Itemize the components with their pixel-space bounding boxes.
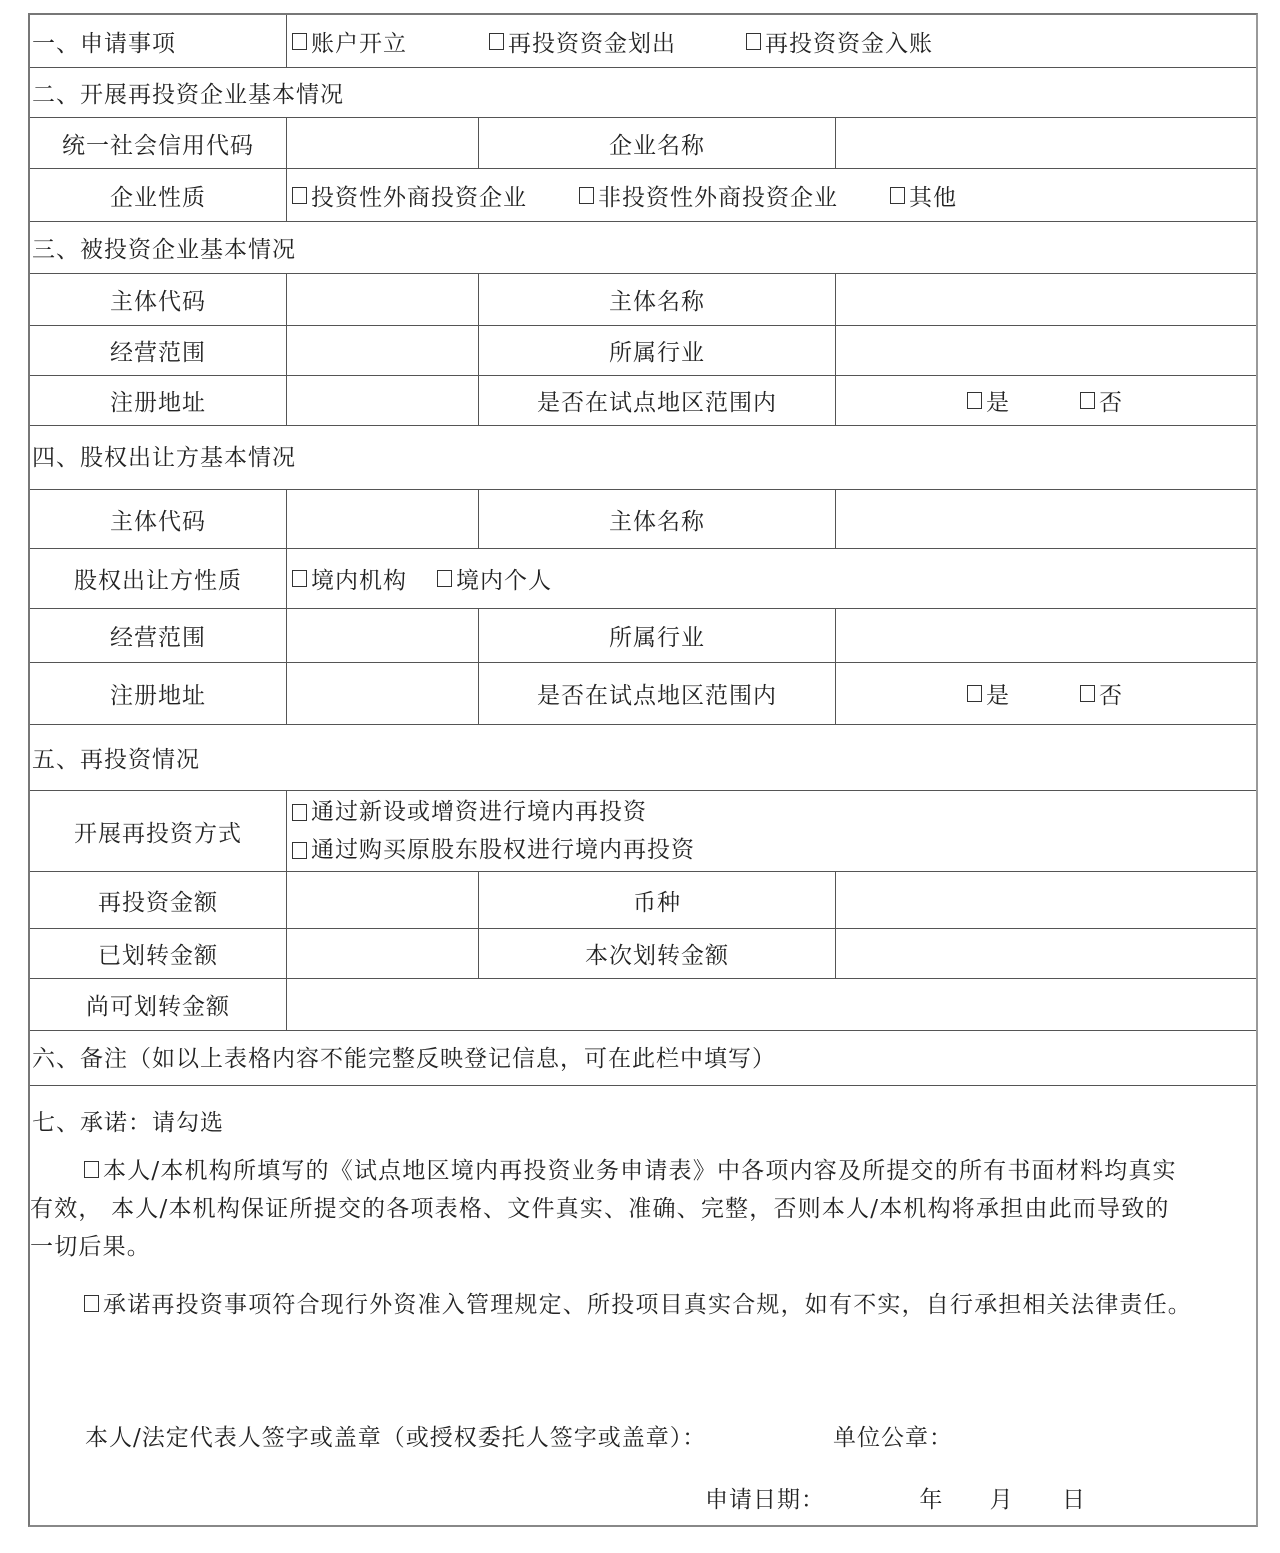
- transferor-code-field[interactable]: [286, 490, 478, 548]
- checkbox-pilot-yes[interactable]: 是: [967, 384, 1010, 417]
- checkbox-icon: [1080, 392, 1095, 409]
- investee-pilot-options: 是 否: [835, 376, 1256, 425]
- transferor-industry-field[interactable]: [835, 609, 1256, 662]
- investee-scope-label: 经营范围: [30, 326, 286, 375]
- this-transfer-amount-label: 本次划转金额: [478, 929, 835, 978]
- reinvestment-method-label: 开展再投资方式: [30, 791, 286, 871]
- checkbox-icon: [1080, 685, 1095, 702]
- row-transferor-nature: 股权出让方性质 境内机构 境内个人: [30, 549, 1256, 609]
- row-reinvestment-method: 开展再投资方式 通过新设或增资进行境内再投资 通过购买原股东股权进行境内再投资: [30, 791, 1256, 872]
- checkbox-icon: [292, 570, 307, 587]
- day-label: 日: [1062, 1481, 1086, 1514]
- pledge-1-line-1: 本人/本机构所填写的《试点地区境内再投资业务申请表》中各项内容及所提交的所有书面…: [30, 1152, 1256, 1190]
- transferor-address-field[interactable]: [286, 663, 478, 724]
- row-section-4-header: 四、股权出让方基本情况: [30, 426, 1256, 490]
- row-section-3-header: 三、被投资企业基本情况: [30, 222, 1256, 274]
- row-enterprise-nature: 企业性质 投资性外商投资企业 非投资性外商投资企业 其他: [30, 169, 1256, 222]
- checkbox-transferor-pilot-yes[interactable]: 是: [967, 677, 1010, 710]
- checkbox-icon: [84, 1295, 99, 1312]
- investee-address-label: 注册地址: [30, 376, 286, 425]
- checkbox-domestic-individual[interactable]: 境内个人: [437, 562, 552, 595]
- checkbox-purchase-equity[interactable]: 通过购买原股东股权进行境内再投资: [292, 831, 695, 869]
- transferred-amount-field[interactable]: [286, 929, 478, 978]
- transferred-amount-label: 已划转金额: [30, 929, 286, 978]
- checkbox-icon: [437, 570, 452, 587]
- application-items-options: 账户开立 再投资资金划出 再投资资金入账: [286, 15, 1256, 67]
- checkbox-icon: [967, 392, 982, 409]
- reinvestment-amount-label: 再投资金额: [30, 872, 286, 928]
- reinvestment-amount-field[interactable]: [286, 872, 478, 928]
- checkbox-icon: [84, 1161, 99, 1178]
- remaining-amount-label: 尚可划转金额: [30, 979, 286, 1030]
- section-4-title: 四、股权出让方基本情况: [30, 426, 1256, 489]
- row-investee-code: 主体代码 主体名称: [30, 274, 1256, 326]
- date-label: 申请日期：: [705, 1481, 825, 1514]
- checkbox-icon: [292, 804, 307, 821]
- checkbox-pledge-2[interactable]: [84, 1295, 103, 1312]
- row-investee-address: 注册地址 是否在试点地区范围内 是 否: [30, 376, 1256, 426]
- section-6-title[interactable]: 六、备注（如以上表格内容不能完整反映登记信息，可在此栏中填写）: [30, 1031, 1256, 1085]
- section-2-title: 二、开展再投资企业基本情况: [30, 68, 1256, 117]
- row-transferred-amount: 已划转金额 本次划转金额: [30, 929, 1256, 979]
- row-transferor-address: 注册地址 是否在试点地区范围内 是 否: [30, 663, 1256, 725]
- checkbox-icon: [489, 33, 504, 50]
- checkbox-new-or-capital-increase[interactable]: 通过新设或增资进行境内再投资: [292, 793, 647, 831]
- row-remarks: 六、备注（如以上表格内容不能完整反映登记信息，可在此栏中填写）: [30, 1031, 1256, 1086]
- section-7-title: 七、承诺：请勾选: [32, 1104, 224, 1137]
- checkbox-domestic-institution[interactable]: 境内机构: [292, 562, 407, 595]
- checkbox-icon: [967, 685, 982, 702]
- investee-code-label: 主体代码: [30, 274, 286, 325]
- pledge-2: 承诺再投资事项符合现行外资准入管理规定、所投项目真实合规，如有不实，自行承担相关…: [30, 1286, 1256, 1324]
- pledge-2-line: 承诺再投资事项符合现行外资准入管理规定、所投项目真实合规，如有不实，自行承担相关…: [30, 1286, 1256, 1324]
- enterprise-nature-options: 投资性外商投资企业 非投资性外商投资企业 其他: [286, 169, 1256, 221]
- transferor-nature-options: 境内机构 境内个人: [286, 549, 1256, 608]
- checkbox-icon: [890, 187, 905, 204]
- this-transfer-amount-field[interactable]: [835, 929, 1256, 978]
- section-5-title: 五、再投资情况: [30, 725, 1256, 790]
- checkbox-pledge-1[interactable]: [84, 1161, 103, 1178]
- transferor-pilot-label: 是否在试点地区范围内: [478, 663, 835, 724]
- checkbox-icon: [292, 842, 307, 859]
- checkbox-fund-outflow[interactable]: 再投资资金划出: [489, 25, 676, 58]
- checkbox-transferor-pilot-no[interactable]: 否: [1080, 677, 1123, 710]
- investee-name-field[interactable]: [835, 274, 1256, 325]
- transferor-address-label: 注册地址: [30, 663, 286, 724]
- company-seal-label: 单位公章：: [833, 1419, 953, 1452]
- transferor-name-label: 主体名称: [478, 490, 835, 548]
- checkbox-icon: [292, 187, 307, 204]
- row-remaining-amount: 尚可划转金额: [30, 979, 1256, 1031]
- investee-pilot-label: 是否在试点地区范围内: [478, 376, 835, 425]
- checkbox-non-investment-fie[interactable]: 非投资性外商投资企业: [579, 179, 838, 212]
- month-label: 月: [990, 1481, 1014, 1514]
- remaining-amount-field[interactable]: [286, 979, 1256, 1030]
- signature-label: 本人/法定代表人签字或盖章（或授权委托人签字或盖章）：: [85, 1419, 706, 1452]
- investee-address-field[interactable]: [286, 376, 478, 425]
- row-investee-scope: 经营范围 所属行业: [30, 326, 1256, 376]
- pledge-1-line-2: 有效， 本人/本机构保证所提交的各项表格、文件真实、准确、完整，否则本人/本机构…: [30, 1190, 1256, 1228]
- year-label: 年: [919, 1481, 943, 1514]
- row-application-items: 一、申请事项 账户开立 再投资资金划出 再投资资金入账: [30, 15, 1256, 68]
- uscc-label: 统一社会信用代码: [30, 118, 286, 168]
- reinvestment-application-form: 一、申请事项 账户开立 再投资资金划出 再投资资金入账 二、开展再投资企业基本情…: [28, 13, 1258, 1527]
- checkbox-account-opening[interactable]: 账户开立: [292, 25, 407, 58]
- transferor-scope-label: 经营范围: [30, 609, 286, 662]
- checkbox-icon: [746, 33, 761, 50]
- checkbox-icon: [579, 187, 594, 204]
- checkbox-icon: [292, 33, 307, 50]
- checkbox-fund-inflow[interactable]: 再投资资金入账: [746, 25, 933, 58]
- reinvestment-method-options: 通过新设或增资进行境内再投资 通过购买原股东股权进行境内再投资: [286, 791, 1256, 871]
- uscc-field[interactable]: [286, 118, 478, 168]
- investee-name-label: 主体名称: [478, 274, 835, 325]
- pledge-1: 本人/本机构所填写的《试点地区境内再投资业务申请表》中各项内容及所提交的所有书面…: [30, 1152, 1256, 1266]
- checkbox-other[interactable]: 其他: [890, 179, 957, 212]
- enterprise-name-field[interactable]: [835, 118, 1256, 168]
- transferor-code-label: 主体代码: [30, 490, 286, 548]
- transferor-name-field[interactable]: [835, 490, 1256, 548]
- row-section-2-header: 二、开展再投资企业基本情况: [30, 68, 1256, 118]
- transferor-scope-field[interactable]: [286, 609, 478, 662]
- application-date: 申请日期： 年 月 日: [705, 1481, 1086, 1514]
- checkbox-investment-fie[interactable]: 投资性外商投资企业: [292, 179, 527, 212]
- row-reinvestment-amount: 再投资金额 币种: [30, 872, 1256, 929]
- currency-label: 币种: [478, 872, 835, 928]
- investee-industry-label: 所属行业: [478, 326, 835, 375]
- row-transferor-scope: 经营范围 所属行业: [30, 609, 1256, 663]
- row-transferor-code: 主体代码 主体名称: [30, 490, 1256, 549]
- investee-industry-field[interactable]: [835, 326, 1256, 375]
- section-1-title: 一、申请事项: [30, 15, 286, 67]
- investee-code-field[interactable]: [286, 274, 478, 325]
- enterprise-nature-label: 企业性质: [30, 169, 286, 221]
- row-section-5-header: 五、再投资情况: [30, 725, 1256, 791]
- transferor-nature-label: 股权出让方性质: [30, 549, 286, 608]
- investee-scope-field[interactable]: [286, 326, 478, 375]
- currency-field[interactable]: [835, 872, 1256, 928]
- row-pledge: 七、承诺：请勾选 本人/本机构所填写的《试点地区境内再投资业务申请表》中各项内容…: [30, 1086, 1256, 1525]
- pledge-1-line-3: 一切后果。: [30, 1228, 1256, 1266]
- row-uscc: 统一社会信用代码 企业名称: [30, 118, 1256, 169]
- transferor-industry-label: 所属行业: [478, 609, 835, 662]
- checkbox-pilot-no[interactable]: 否: [1080, 384, 1123, 417]
- pledge-section: 七、承诺：请勾选 本人/本机构所填写的《试点地区境内再投资业务申请表》中各项内容…: [30, 1086, 1256, 1525]
- transferor-pilot-options: 是 否: [835, 663, 1256, 724]
- enterprise-name-label: 企业名称: [478, 118, 835, 168]
- section-3-title: 三、被投资企业基本情况: [30, 222, 1256, 273]
